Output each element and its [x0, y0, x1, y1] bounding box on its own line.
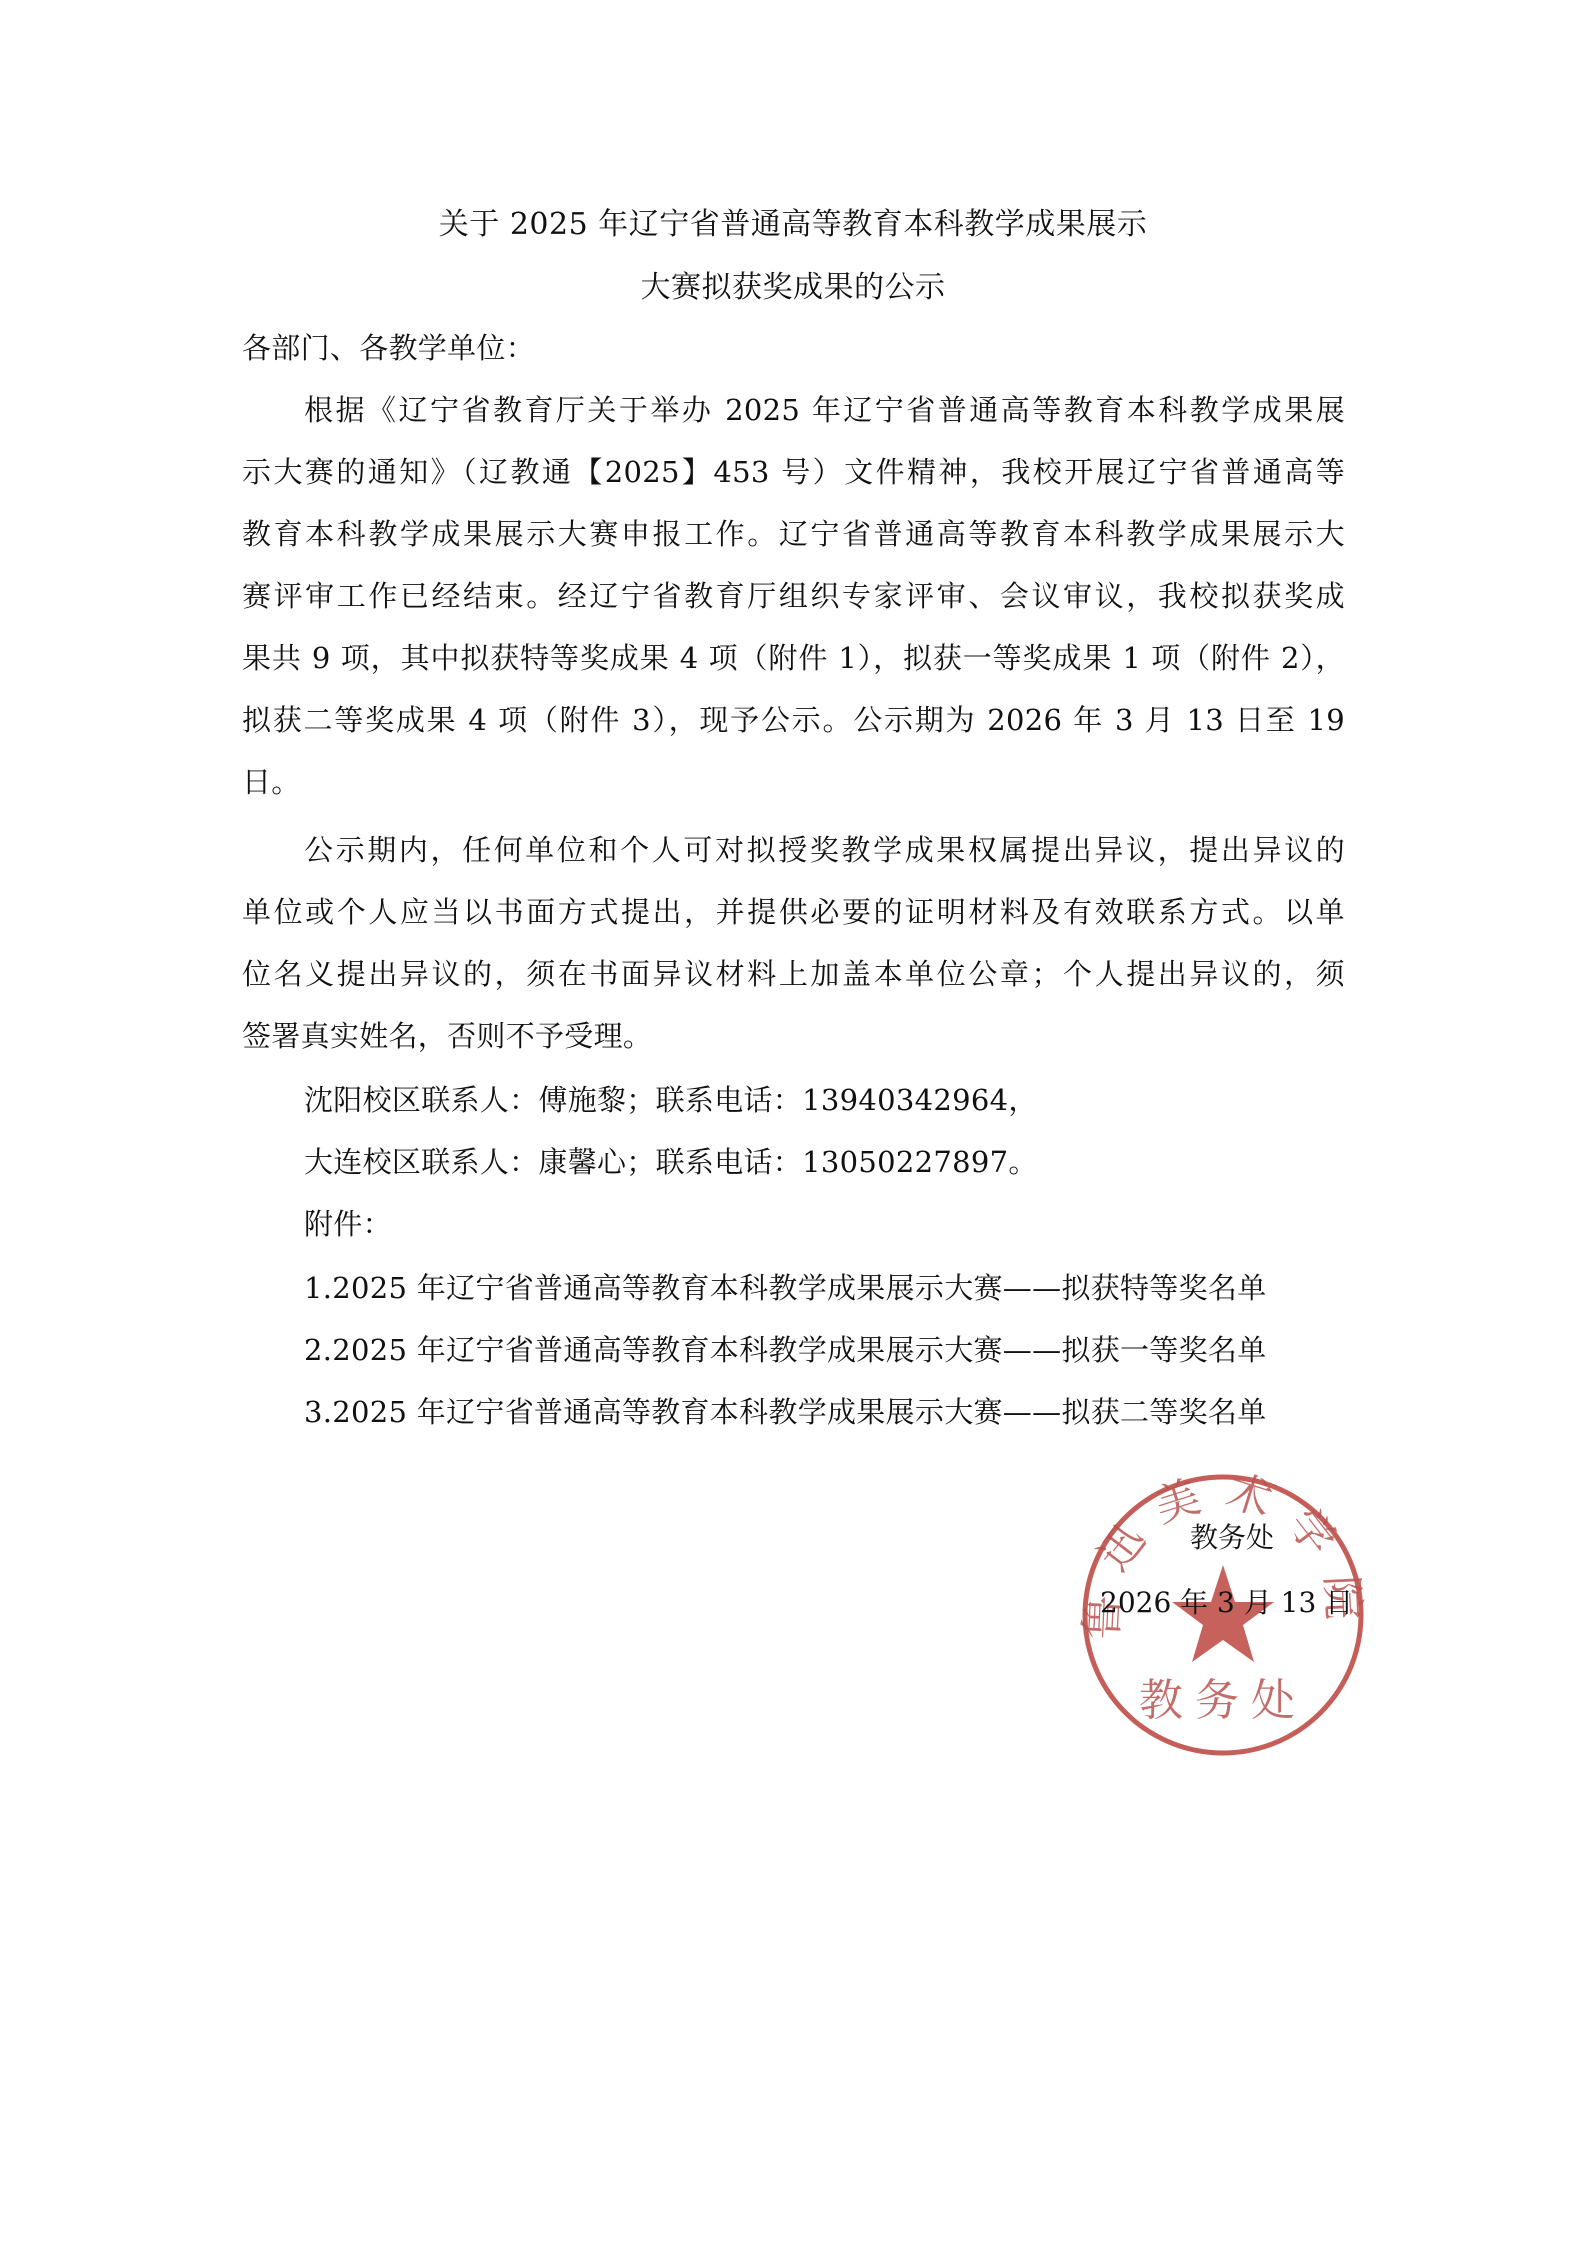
contact-dalian: 大连校区联系人：康馨心；联系电话：13050227897。	[304, 1142, 1345, 1182]
document-title-line-1: 关于 2025 年辽宁省普通高等教育本科教学成果展示	[0, 205, 1586, 245]
paragraph-1-line: 赛评审工作已经结束。经辽宁省教育厅组织专家评审、会议审议，我校拟获奖成	[242, 576, 1345, 616]
paragraph-1-line: 果共 9 项，其中拟获特等奖成果 4 项（附件 1），拟获一等奖成果 1 项（附…	[242, 638, 1345, 678]
paragraph-1-line: 示大赛的通知》（辽教通【2025】453 号）文件精神，我校开展辽宁省普通高等	[242, 452, 1345, 492]
salutation: 各部门、各教学单位：	[242, 328, 1345, 368]
paragraph-2-line: 公示期内，任何单位和个人可对拟授奖教学成果权属提出异议，提出异议的	[304, 830, 1345, 870]
signature-date: 2026 年 3 月 13 日	[1100, 1585, 1353, 1621]
document-title-line-2: 大赛拟获奖成果的公示	[0, 268, 1586, 308]
signature-office: 教务处	[1190, 1520, 1274, 1556]
paragraph-2-line: 位名义提出异议的，须在书面异议材料上加盖本单位公章；个人提出异议的，须	[242, 954, 1345, 994]
document-page: 关于 2025 年辽宁省普通高等教育本科教学成果展示 大赛拟获奖成果的公示 各部…	[0, 0, 1586, 2245]
paragraph-1-line: 日。	[242, 762, 1345, 802]
attachment-item: 2.2025 年辽宁省普通高等教育本科教学成果展示大赛——拟获一等奖名单	[304, 1330, 1345, 1370]
attachments-label: 附件：	[304, 1204, 1345, 1244]
paragraph-1-line: 根据《辽宁省教育厅关于举办 2025 年辽宁省普通高等教育本科教学成果展	[304, 390, 1345, 430]
attachment-item: 1.2025 年辽宁省普通高等教育本科教学成果展示大赛——拟获特等奖名单	[304, 1268, 1345, 1308]
svg-text:教务处: 教务处	[1139, 1675, 1307, 1726]
contact-shenyang: 沈阳校区联系人：傅施黎；联系电话：13940342964，	[304, 1080, 1345, 1120]
paragraph-2-line: 签署真实姓名，否则不予受理。	[242, 1016, 1345, 1056]
paragraph-1-line: 教育本科教学成果展示大赛申报工作。辽宁省普通高等教育本科教学成果展示大	[242, 514, 1345, 554]
attachment-item: 3.2025 年辽宁省普通高等教育本科教学成果展示大赛——拟获二等奖名单	[304, 1392, 1345, 1432]
paragraph-2-line: 单位或个人应当以书面方式提出，并提供必要的证明材料及有效联系方式。以单	[242, 892, 1345, 932]
paragraph-1-line: 拟获二等奖成果 4 项（附件 3），现予公示。公示期为 2026 年 3 月 1…	[242, 700, 1345, 740]
